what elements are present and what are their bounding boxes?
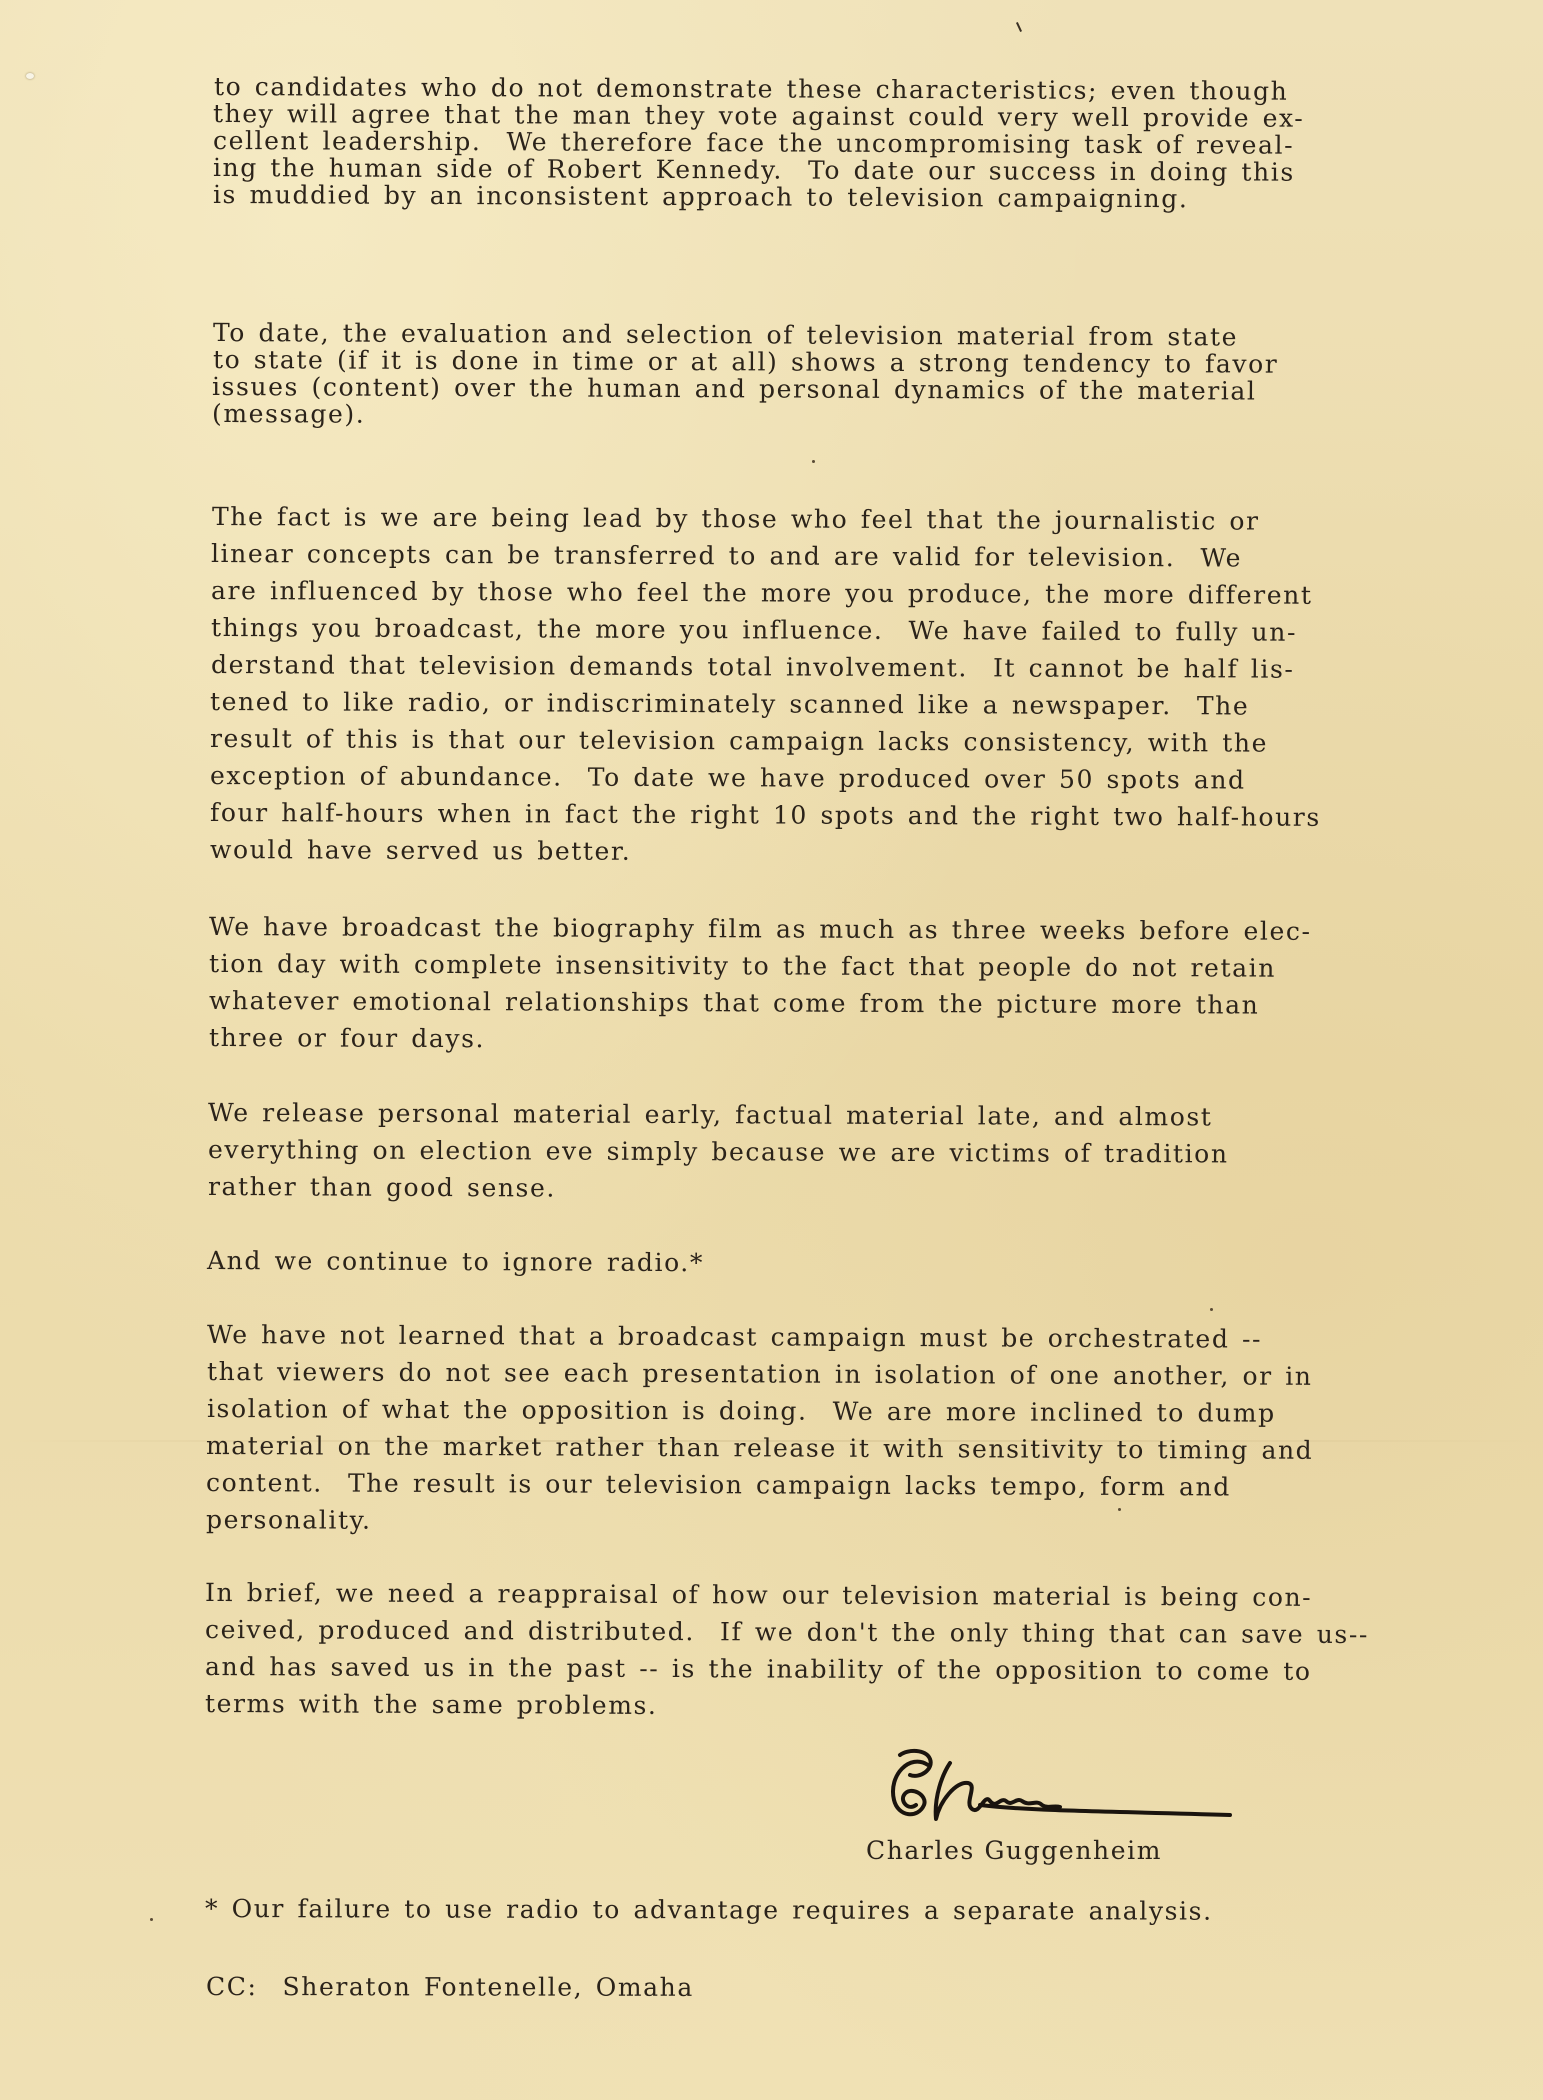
paragraph-3-line: derstand that television demands total i… [211, 650, 1295, 685]
paragraph-8-line: ceived, produced and distributed. If we … [205, 1615, 1369, 1650]
paper-blemish [26, 73, 34, 79]
paragraph-7-line: that viewers do not see each presentatio… [207, 1357, 1313, 1392]
letter-page: to candidates who do not demonstrate the… [0, 0, 1543, 2100]
paragraph-1-line: is muddied by an inconsistent approach t… [213, 180, 1189, 214]
paragraph-3-line: things you broadcast, the more you influ… [211, 613, 1297, 648]
cc-line: CC: Sheraton Fontenelle, Omaha [206, 1972, 694, 2003]
paragraph-3-line: exception of abundance. To date we have … [210, 761, 1246, 796]
paragraph-8-line: and has saved us in the past -- is the i… [205, 1652, 1312, 1687]
signatory-name: Charles Guggenheim [866, 1836, 1162, 1865]
paragraph-5-line: rather than good sense. [208, 1172, 556, 1204]
paragraph-4-line: tion day with complete insensitivity to … [209, 949, 1276, 984]
paragraph-4-line: whatever emotional relationships that co… [209, 986, 1260, 1021]
paper-speck [1210, 1308, 1213, 1311]
paragraph-7-line: isolation of what the opposition is doin… [207, 1394, 1276, 1429]
paragraph-5-line: We release personal material early, fact… [208, 1098, 1213, 1132]
paragraph-5-line: everything on election eve simply becaus… [208, 1135, 1229, 1169]
paragraph-6-line: And we continue to ignore radio.* [207, 1246, 704, 1278]
paragraph-3-line: four half-hours when in fact the right 1… [210, 798, 1321, 833]
paragraph-4-line: We have broadcast the biography film as … [209, 912, 1312, 947]
paragraph-8-line: terms with the same problems. [205, 1689, 658, 1721]
paragraph-7-line: We have not learned that a broadcast cam… [207, 1320, 1262, 1355]
paragraph-2-line: issues (content) over the human and pers… [212, 372, 1257, 407]
paragraph-2-line: (message). [212, 399, 365, 430]
paragraph-8-line: In brief, we need a reappraisal of how o… [205, 1578, 1312, 1613]
paragraph-3-line: tened to like radio, or indiscriminately… [210, 687, 1249, 722]
handwritten-signature: Charles [880, 1745, 1240, 1835]
paper-speck [150, 1918, 153, 1921]
paper-speck [812, 460, 815, 463]
paragraph-3-line: are influenced by those who feel the mor… [211, 576, 1313, 611]
paragraph-3-line: result of this is that our television ca… [210, 724, 1268, 759]
paragraph-7-line: personality. [206, 1505, 372, 1536]
footnote: * Our failure to use radio to advantage … [205, 1894, 1213, 1927]
paragraph-4-line: three or four days. [209, 1023, 485, 1054]
paragraph-7-line: content. The result is our television ca… [206, 1468, 1231, 1502]
stray-mark [1016, 22, 1022, 32]
paragraph-3-line: The fact is we are being lead by those w… [212, 502, 1260, 537]
paragraph-3-line: linear concepts can be transferred to an… [211, 539, 1242, 573]
paper-speck [1118, 1508, 1121, 1511]
paragraph-7-line: material on the market rather than relea… [206, 1431, 1313, 1466]
paragraph-3-line: would have served us better. [210, 835, 631, 867]
